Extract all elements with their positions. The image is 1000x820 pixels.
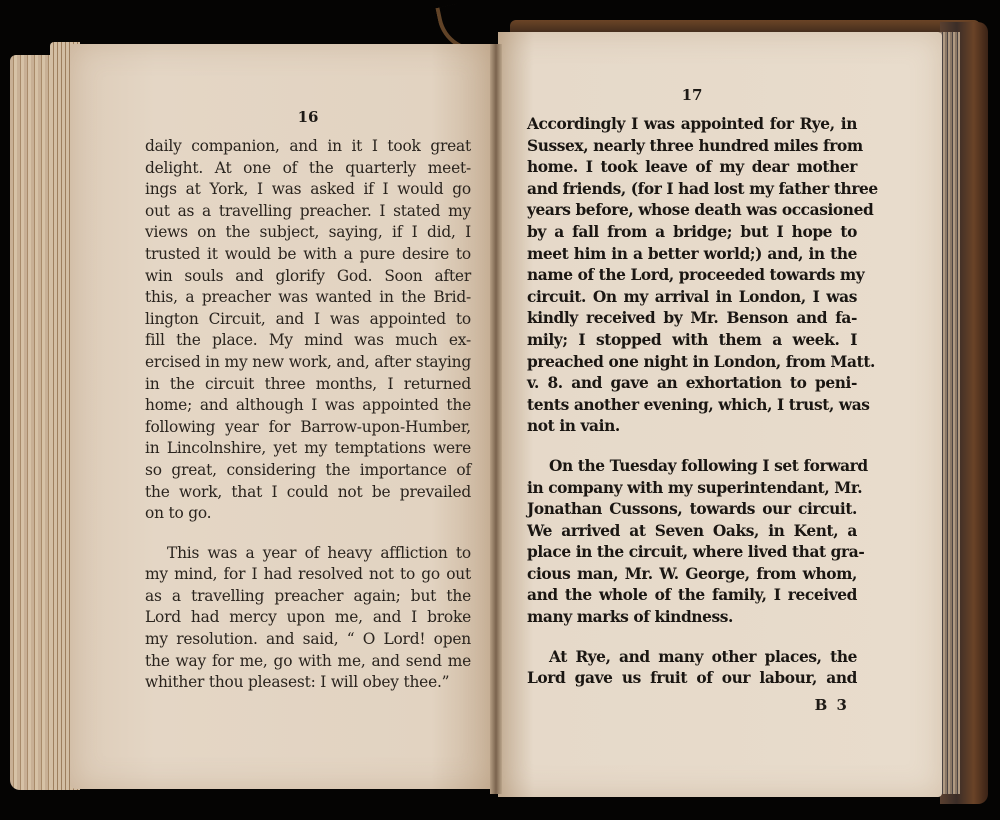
text-line: Lord gave us fruit of our labour, and <box>527 668 857 690</box>
text-line: views on the subject, saying, if I did, … <box>145 222 471 244</box>
text-line: We arrived at Seven Oaks, in Kent, a <box>527 521 857 543</box>
text-line: my resolution. and said, “ O Lord! open <box>145 629 471 651</box>
paragraph-gap <box>145 525 471 543</box>
book-gutter <box>490 44 502 794</box>
text-line: Lord had mercy upon me, and I broke <box>145 607 471 629</box>
text-line: On the Tuesday following I set forward <box>527 456 857 478</box>
paragraph-gap <box>527 438 857 456</box>
text-line: and friends, (for I had lost my father t… <box>527 179 857 201</box>
text-line: Jonathan Cussons, towards our circuit. <box>527 499 857 521</box>
text-line: ercised in my new work, and, after stayi… <box>145 352 471 374</box>
text-line: my mind, for I had resolved not to go ou… <box>145 564 471 586</box>
paragraph: This was a year of heavy affliction tomy… <box>145 543 471 694</box>
text-line: Accordingly I was appointed for Rye, in <box>527 114 857 136</box>
text-line: so great, considering the importance of <box>145 460 471 482</box>
text-line: following year for Barrow-upon-Humber, <box>145 417 471 439</box>
text-line: home; and although I was appointed the <box>145 395 471 417</box>
text-line: circuit. On my arrival in London, I was <box>527 287 857 309</box>
text-line: name of the Lord, proceeded towards my <box>527 265 857 287</box>
text-line: home. I took leave of my dear mother <box>527 157 857 179</box>
paragraph: At Rye, and many other places, theLord g… <box>527 647 857 690</box>
page-number-right: 17 <box>527 86 857 104</box>
text-line: as a travelling preacher again; but the <box>145 586 471 608</box>
text-line: lington Circuit, and I was appointed to <box>145 309 471 331</box>
text-line: meet him in a better world;) and, in the <box>527 244 857 266</box>
text-line: tents another evening, which, I trust, w… <box>527 395 857 417</box>
text-line: fill the place. My mind was much ex- <box>145 330 471 352</box>
paragraph: On the Tuesday following I set forwardin… <box>527 456 857 629</box>
text-line: whither thou pleasest: I will obey thee.… <box>145 672 471 694</box>
paragraph: daily companion, and in it I took greatd… <box>145 136 471 525</box>
text-line: in company with my superintendant, Mr. <box>527 478 857 500</box>
text-line: the work, that I could not be prevailed <box>145 482 471 504</box>
text-line: this, a preacher was wanted in the Brid- <box>145 287 471 309</box>
text-line: preached one night in London, from Matt. <box>527 352 857 374</box>
text-line: not in vain. <box>527 416 857 438</box>
text-line: the way for me, go with me, and send me <box>145 651 471 673</box>
text-line: many marks of kindness. <box>527 607 857 629</box>
text-line: and the whole of the family, I received <box>527 585 857 607</box>
text-line: years before, whose death was occasioned <box>527 200 857 222</box>
text-line: in Lincolnshire, yet my temptations were <box>145 438 471 460</box>
text-line: delight. At one of the quarterly meet- <box>145 158 471 180</box>
signature-mark: B 3 <box>527 696 857 714</box>
text-line: in the circuit three months, I returned <box>145 374 471 396</box>
page-edges-right <box>940 32 960 794</box>
paragraph-gap <box>527 629 857 647</box>
paragraph: Accordingly I was appointed for Rye, inS… <box>527 114 857 438</box>
text-line: mily; I stopped with them a week. I <box>527 330 857 352</box>
text-line: win souls and glorify God. Soon after <box>145 266 471 288</box>
text-line: ings at York, I was asked if I would go <box>145 179 471 201</box>
text-line: This was a year of heavy affliction to <box>145 543 471 565</box>
text-line: daily companion, and in it I took great <box>145 136 471 158</box>
text-line: Sussex, nearly three hundred miles from <box>527 136 857 158</box>
text-line: cious man, Mr. W. George, from whom, <box>527 564 857 586</box>
text-line: At Rye, and many other places, the <box>527 647 857 669</box>
right-page-text: 17 Accordingly I was appointed for Rye, … <box>527 86 857 714</box>
text-line: kindly received by Mr. Benson and fa- <box>527 308 857 330</box>
text-line: trusted it would be with a pure desire t… <box>145 244 471 266</box>
text-line: on to go. <box>145 503 471 525</box>
text-line: by a fall from a bridge; but I hope to <box>527 222 857 244</box>
text-line: place in the circuit, where lived that g… <box>527 542 857 564</box>
text-line: v. 8. and gave an exhortation to peni- <box>527 373 857 395</box>
text-line: out as a travelling preacher. I stated m… <box>145 201 471 223</box>
page-number-left: 16 <box>145 108 471 126</box>
left-page-text: 16 daily companion, and in it I took gre… <box>145 108 471 694</box>
